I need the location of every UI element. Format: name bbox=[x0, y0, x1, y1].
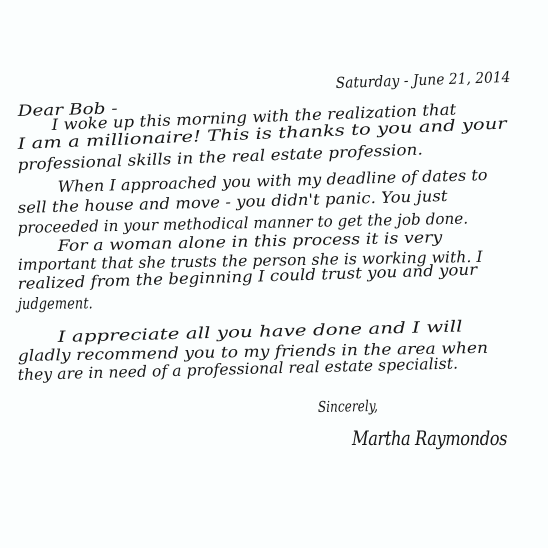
letter-signature: Martha Raymondos bbox=[352, 428, 507, 448]
letter-closing: Sincerely, bbox=[318, 399, 378, 415]
handwritten-letter: Saturday - June 21, 2014 Dear Bob - I wo… bbox=[0, 0, 548, 548]
letter-line: judgement. bbox=[18, 296, 93, 312]
letter-date: Saturday - June 21, 2014 bbox=[335, 70, 510, 91]
